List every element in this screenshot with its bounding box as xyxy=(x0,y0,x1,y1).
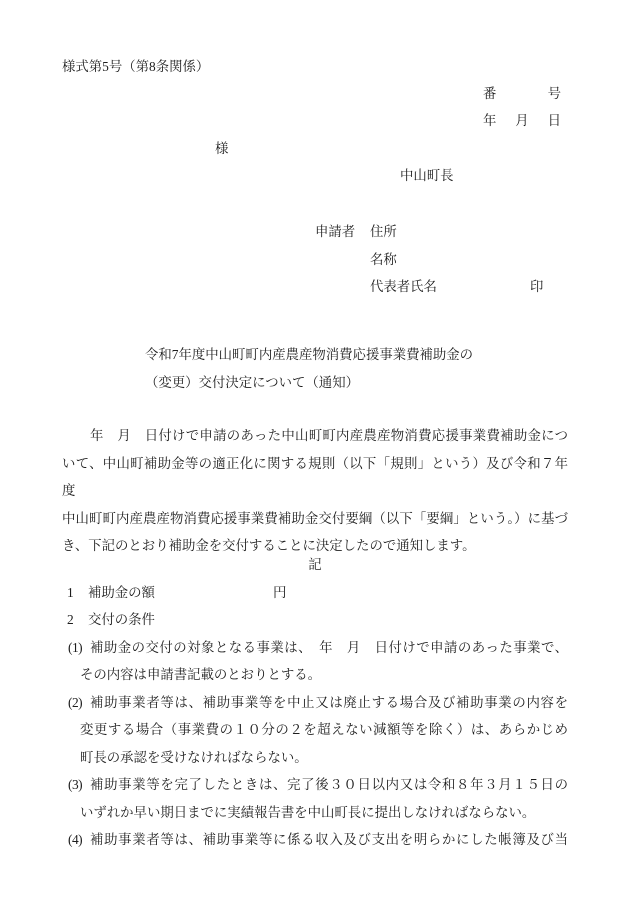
record-section: 記 1補助金の額円 2交付の条件 (1) 補助金の交付の対象となる事業は、 年 … xyxy=(62,551,568,854)
date-line: 年 月 日 xyxy=(483,107,561,135)
item-number: 1 xyxy=(67,579,88,607)
condition-item-1: (1) 補助金の交付の対象となる事業は、 年 月 日付けで申請のあった事業で、 … xyxy=(62,634,568,689)
condition-line: 補助事業者等は、補助事業等を中止又は廃止する場合及び補助事業の内容を xyxy=(80,689,568,717)
applicant-address-row: 申請者住所 xyxy=(315,218,543,246)
condition-number: (1) xyxy=(68,634,82,662)
addressee-suffix: 様 xyxy=(215,135,228,163)
title-line-2: （変更）交付決定について（通知） xyxy=(145,369,473,397)
condition-item-4: (4) 補助事業者等は、補助事業等に係る収入及び支出を明らかにした帳簿及び当 xyxy=(62,826,568,854)
applicant-name-row: 名称 xyxy=(315,246,543,274)
applicant-address-label: 住所 xyxy=(370,224,397,239)
condition-line: 町長の承認を受けなければならない。 xyxy=(80,744,568,772)
seal-mark: 印 xyxy=(530,279,543,294)
amount-unit: 円 xyxy=(273,585,286,600)
applicant-label: 申請者 xyxy=(315,218,370,246)
condition-number: (2) xyxy=(68,689,82,717)
date-month-label: 月 xyxy=(515,107,528,135)
doc-number-line: 番 号 xyxy=(483,80,561,108)
condition-line: いずれか早い期日までに実績報告書を中山町長に提出しなければならない。 xyxy=(80,799,568,827)
record-heading: 記 xyxy=(62,551,568,579)
form-label: 様式第5号（第8条関係） xyxy=(62,53,209,81)
item-label: 交付の条件 xyxy=(88,612,155,627)
condition-item-3: (3) 補助事業等を完了したときは、完了後３０日以内又は令和８年３月１５日の い… xyxy=(62,771,568,826)
body-paragraph: 年 月 日付けで申請のあった中山町町内産農産物消費応援事業費補助金につ いて、中… xyxy=(62,422,568,560)
item-subsidy-amount: 1補助金の額円 xyxy=(62,579,568,607)
item-grant-conditions: 2交付の条件 xyxy=(62,606,568,634)
condition-number: (3) xyxy=(68,771,82,799)
document-page: 様式第5号（第8条関係） 番 号 年 月 日 様 中山町長 申請者住所 名称 代… xyxy=(0,0,630,903)
condition-line: 補助金の交付の対象となる事業は、 年 月 日付けで申請のあった事業で、 xyxy=(80,634,568,662)
applicant-representative-row: 代表者氏名印 xyxy=(315,273,543,301)
condition-line: 補助事業等を完了したときは、完了後３０日以内又は令和８年３月１５日の xyxy=(80,771,568,799)
date-day-label: 日 xyxy=(548,107,561,135)
body-line: 中山町町内産農産物消費応援事業費補助金交付要綱（以下「要綱」という。）に基づ xyxy=(62,505,568,533)
applicant-block: 申請者住所 名称 代表者氏名印 xyxy=(315,218,543,301)
item-label: 補助金の額 xyxy=(88,585,155,600)
condition-line: 変更する場合（事業費の１０分の２を超えない減額等を除く）は、あらかじめ xyxy=(80,716,568,744)
condition-line: 補助事業者等は、補助事業等に係る収入及び支出を明らかにした帳簿及び当 xyxy=(80,826,568,854)
item-number: 2 xyxy=(67,606,88,634)
title-line-1: 令和7年度中山町町内産農産物消費応援事業費補助金の xyxy=(145,341,473,369)
body-line: いて、中山町補助金等の適正化に関する規則（以下「規則」という）及び令和７年度 xyxy=(62,450,568,505)
condition-number: (4) xyxy=(68,826,82,854)
doc-number-suffix: 号 xyxy=(548,80,561,108)
doc-number-prefix: 番 xyxy=(483,80,496,108)
date-year-label: 年 xyxy=(483,107,496,135)
applicant-representative-label: 代表者氏名 xyxy=(370,279,437,294)
document-title: 令和7年度中山町町内産農産物消費応援事業費補助金の （変更）交付決定について（通… xyxy=(145,341,473,396)
applicant-name-label: 名称 xyxy=(370,252,397,267)
sender-title: 中山町長 xyxy=(400,162,454,190)
body-line: 年 月 日付けで申請のあった中山町町内産農産物消費応援事業費補助金につ xyxy=(62,422,568,450)
condition-item-2: (2) 補助事業者等は、補助事業等を中止又は廃止する場合及び補助事業の内容を 変… xyxy=(62,689,568,772)
condition-line: その内容は申請書記載のとおりとする。 xyxy=(80,661,568,689)
